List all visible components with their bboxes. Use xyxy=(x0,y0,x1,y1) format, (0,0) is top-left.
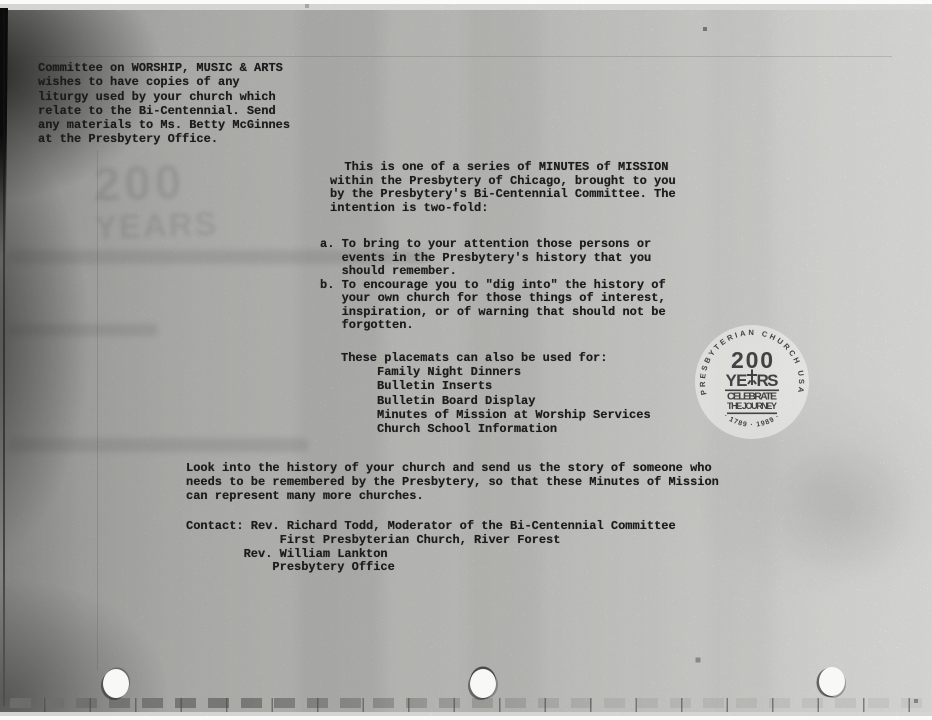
punch-hole xyxy=(819,667,845,696)
invitation-paragraph: Look into the history of your church and… xyxy=(186,462,719,503)
intro-paragraph: This is one of a series of MINUTES of MI… xyxy=(330,161,676,215)
seal-journey-line: THE JOURNEY xyxy=(727,401,777,411)
scan-edge-line xyxy=(3,10,5,706)
ghost-word: YEARS xyxy=(94,206,219,246)
punch-hole xyxy=(470,669,496,698)
purpose-list: a. To bring to your attention those pers… xyxy=(320,238,666,333)
contact-block: Contact: Rev. Richard Todd, Moderator of… xyxy=(186,520,676,575)
scanned-placemat-page: 200 YEARS Committee on WORSHIP, MUSIC & … xyxy=(0,0,932,720)
seal-years-right: RS xyxy=(757,371,779,390)
committee-note-text: Committee on WORSHIP, MUSIC & ARTS wishe… xyxy=(38,61,290,147)
bleedthrough-ghost: 200 YEARS xyxy=(93,158,220,246)
toner-speck xyxy=(0,0,2,2)
seal-years-left: YE xyxy=(726,371,748,390)
edge-ticks xyxy=(0,698,932,712)
toner-smudge xyxy=(8,438,308,452)
punch-hole xyxy=(103,669,129,698)
toner-smudge xyxy=(8,324,158,336)
placemat-uses-list: These placemats can also be used for: Fa… xyxy=(341,351,651,436)
toner-blotch xyxy=(770,440,920,580)
seal-rule-bottom xyxy=(727,413,777,415)
ghost-number: 200 xyxy=(93,158,218,210)
scan-artifact-line xyxy=(12,56,892,57)
perforated-edge xyxy=(0,698,932,712)
seal-200-label: 200 xyxy=(731,347,773,373)
bicentennial-seal: PRESBYTERIAN CHURCH USA · 1789 · 1989 · … xyxy=(690,320,814,444)
